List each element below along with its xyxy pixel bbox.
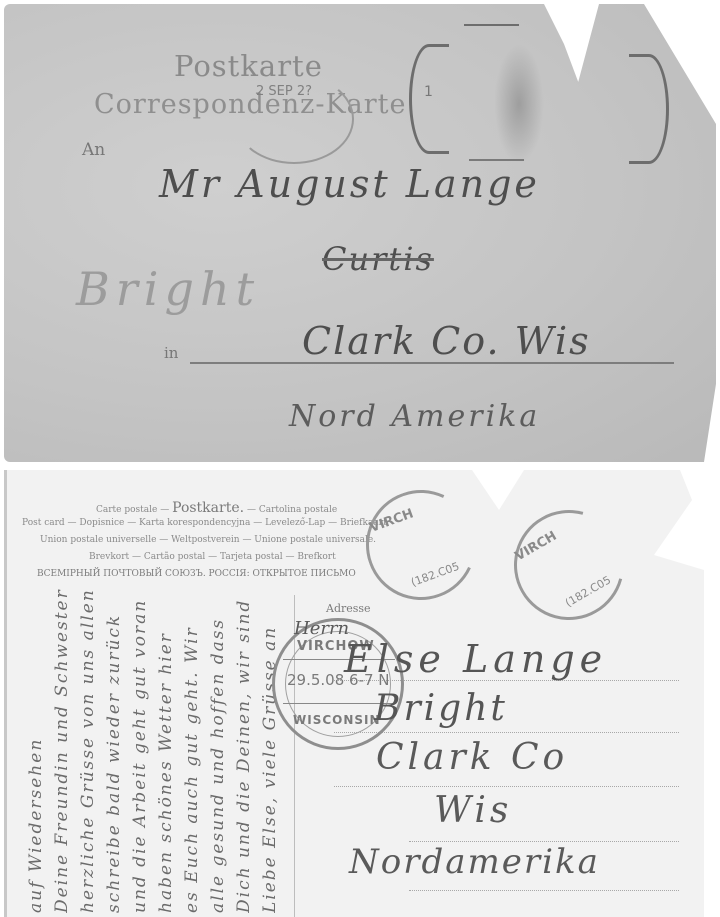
partial-postmark-1: VIRCH (182.C05 [351,475,492,616]
message-line: und die Arbeit geht gut voran [130,578,152,913]
card-edge [4,470,7,917]
stamp-cancellation: 1 [409,24,669,164]
cancellation-bar-bottom [469,159,524,161]
salutation: Herrn [294,618,349,639]
message-line: es Euch auch gut geht. Wir [182,578,204,913]
message-line: schreibe bald wieder zurück [104,578,126,913]
message-line: Liebe Else, viele Grüsse an [260,578,282,913]
country: Nord Amerika [289,399,540,434]
partial-postmark-code: (182.C05 [563,573,613,609]
partial-postmark-label: VIRCH [368,506,416,536]
cancellation-bar-top [464,24,519,26]
printed-header-line-2: Post card — Dopisnice — Karta koresponde… [22,518,387,528]
message-line: alle gesund und hoffen dass [208,578,230,913]
upper-postcard: Postkarte Correspondenz-Karte 2 SEP 2? A… [4,4,716,462]
handwritten-message: Liebe Else, viele Grüsse an Dich und die… [12,578,282,913]
partial-postmark-2: VIRCH (182.C05 [494,490,644,640]
printed-an-label: An [82,140,105,160]
message-line: Dich und die Deinen, wir sind [234,578,256,913]
county-state: Clark Co. Wis [302,319,591,363]
message-line: haben schönes Wetter hier [156,578,178,913]
message-line: herzliche Grüsse von uns allen [78,578,100,913]
recipient-name: Mr August Lange [159,162,540,206]
printed-in-label: in [164,344,178,362]
address-rule [190,362,674,364]
printed-header-line-4: Brevkort — Cartão postal — Tarjeta posta… [89,552,336,562]
printed-header-line-1: Carte postale — Postkarte. — Cartolina p… [96,500,337,516]
crossed-out-town: Curtis [322,240,434,278]
header-cartolina: — Cartolina postale [247,505,337,515]
address-dotted-line [334,786,679,787]
lower-postcard: Carte postale — Postkarte. — Cartolina p… [4,470,704,917]
printed-header-line-3: Union postale universelle — Weltpostvere… [40,535,376,545]
cancellation-number: 1 [424,84,433,100]
postmark-date-text: 2 SEP 2? [256,84,312,99]
town: Bright [374,688,508,729]
partial-postmark-code: (182.C05 [409,560,461,589]
header-postkarte: Postkarte. [172,500,244,516]
country: Nordamerika [349,842,600,882]
address-dotted-line [334,732,679,733]
postmark-state: WISCONSIN [293,713,381,727]
cancellation-arc-right [629,54,669,164]
state: Wis [434,790,512,831]
date-postmark: 2 SEP 2? [234,74,354,164]
pencil-note: Bright [76,262,260,316]
partial-postmark-label: VIRCH [513,529,560,565]
message-line: auf Wiedersehen [26,578,48,913]
adresse-label: Adresse [326,602,371,615]
recipient-name: Else Lange [344,637,607,681]
message-line: Deine Freundin und Schwester [52,578,74,913]
address-dotted-line [409,890,679,891]
header-carte-postale: Carte postale — [96,505,169,515]
county: Clark Co [376,737,568,778]
